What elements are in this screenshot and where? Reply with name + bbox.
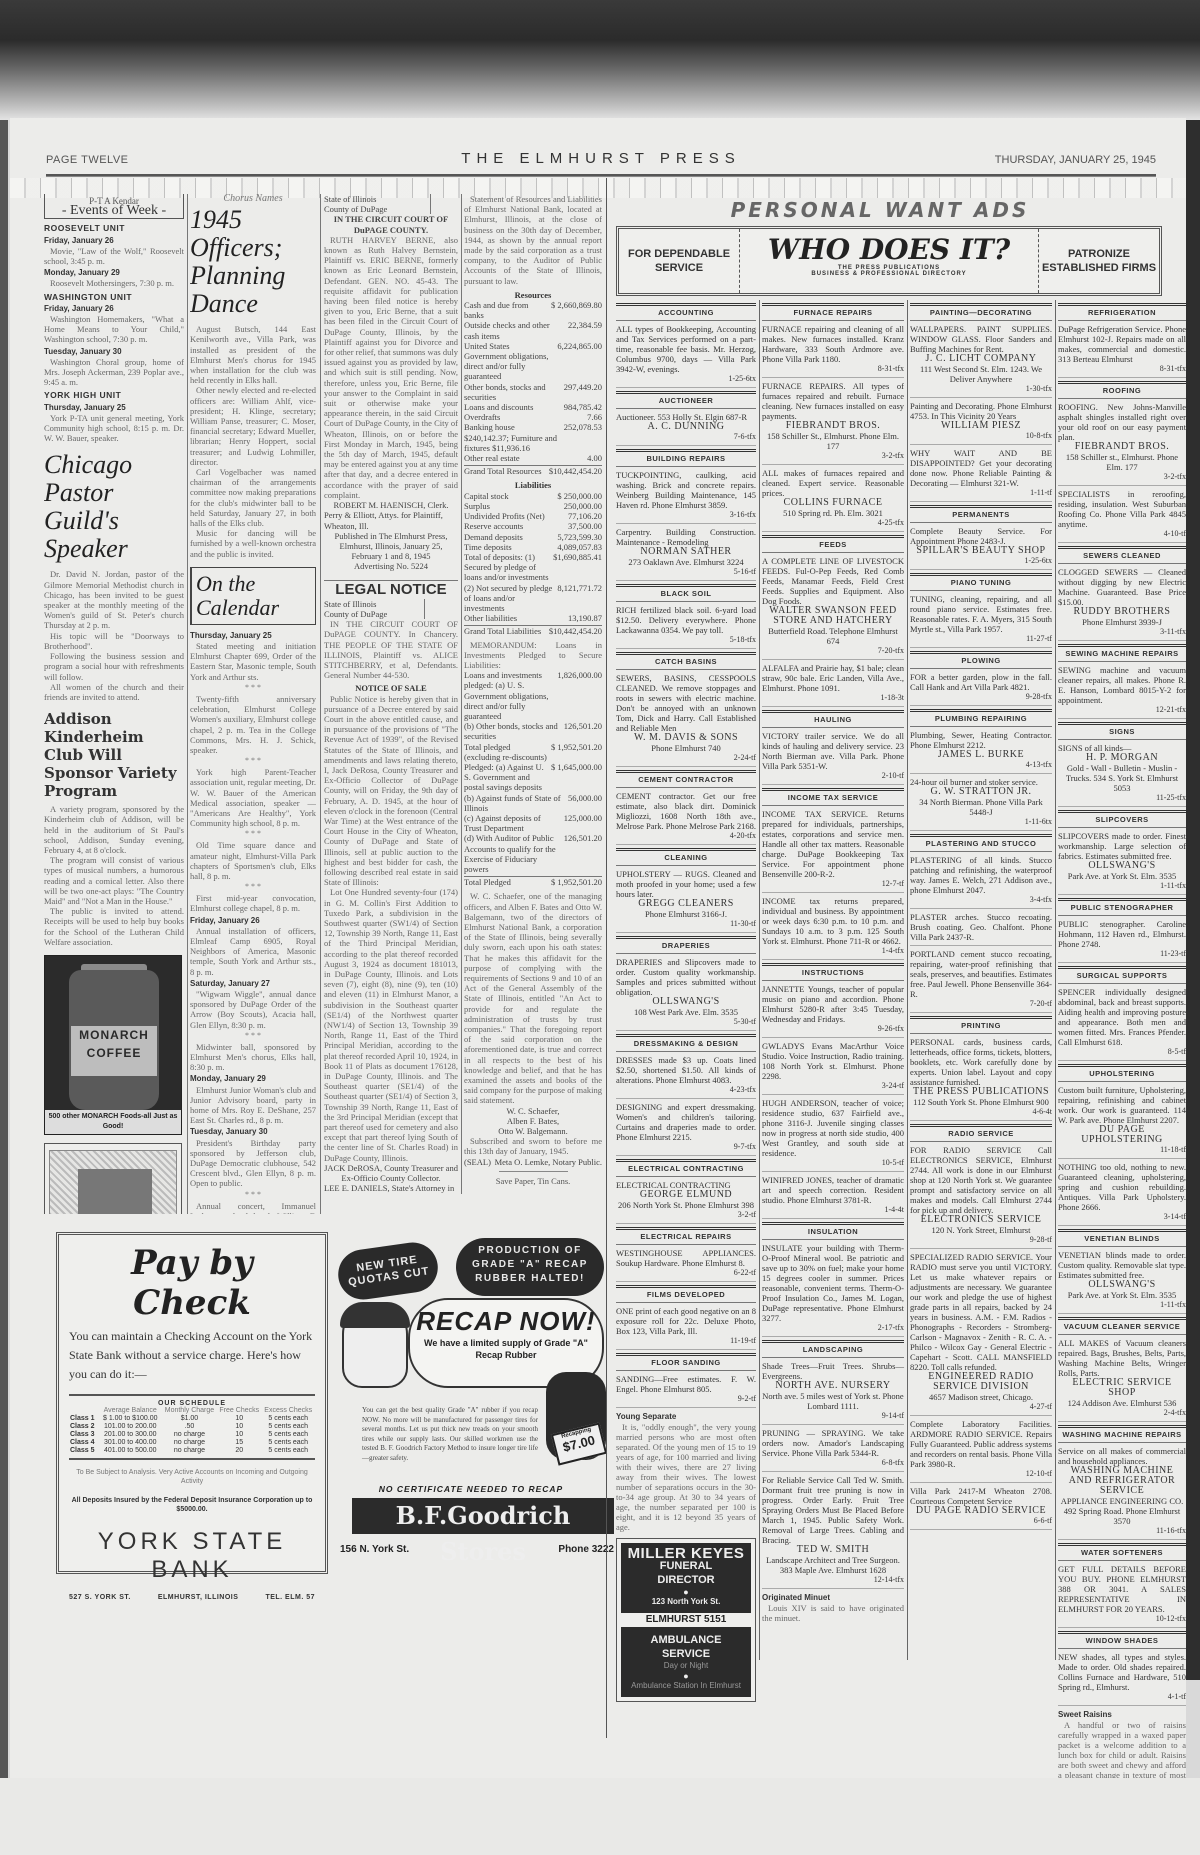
separator-dots: * * *: [190, 757, 316, 765]
calendar-item: Annual installation of officers, Elmleaf…: [190, 926, 316, 977]
column-rule: [759, 300, 760, 1660]
classified-category-header: WASHING MACHINE REPAIRS: [1058, 1425, 1186, 1443]
venue-county: County of DuPage: [324, 204, 430, 214]
classified-ad: FURNACE repairing and cleaning of all ma…: [762, 321, 904, 378]
classified-ad: PUBLIC stenographer. Caroline Hohmann, 1…: [1058, 916, 1186, 963]
ad-run-code: 1-25-6tx: [616, 374, 756, 384]
filler-body: Louis XIV is said to have originated the…: [762, 1603, 904, 1623]
masthead-rule: [46, 174, 1156, 177]
classified-ad: ONE print of each good negative on an 8 …: [616, 1303, 756, 1350]
ledger-value: 250,000.00: [564, 501, 602, 511]
goodrich-store-name: B.F.Goodrich Stores: [352, 1498, 614, 1534]
ad-run-code: 9-14-tf: [762, 1411, 904, 1421]
ad-contact: North ave. 5 miles west of York st. Phon…: [762, 1391, 904, 1411]
ad-text: WALLPAPERS. PAINT SUPPLIES. WINDOW GLASS…: [910, 324, 1052, 354]
ledger-value: $ 1,952,501.20: [551, 742, 602, 762]
classified-ad: SEWING machine and vacuum cleaner repair…: [1058, 662, 1186, 719]
sale-signer: JACK DeROSA, County Treasurer and Ex-Off…: [324, 1163, 458, 1183]
legal-notice-headline: LEGAL NOTICE: [324, 580, 458, 595]
ad-text: NEW shades, all types and styles. Made t…: [1058, 1652, 1186, 1692]
classified-ad: SPECIALIZED RADIO SERVICE. Your RADIO mu…: [910, 1249, 1052, 1416]
patronize-label: PATRONIZE ESTABLISHED FIRMS: [1039, 229, 1159, 293]
robillard-funeral-ad: Robillard Funeral Home OUR name has stoo…: [44, 1143, 182, 1214]
ambulance-label: AMBULANCE: [623, 1633, 749, 1647]
calendar-headline: On the Calendar: [190, 567, 316, 625]
ad-run-code: 9-7-tfx: [616, 1142, 756, 1152]
classified-category-header: PLOWING: [910, 651, 1052, 669]
ledger-total-value: $10,442,454.20: [549, 466, 602, 476]
ledger-label: Other real estate: [464, 453, 583, 463]
ad-run-code: 4-27-tf: [910, 1402, 1052, 1412]
liabilities-title: Liabilities: [464, 480, 602, 490]
calendar-item: First mid-year convocation, Elmhurst col…: [190, 893, 316, 913]
business-name: WASHING MACHINE AND REFRIGERATOR SERVICE: [1058, 1466, 1186, 1496]
paragraph: The public is invited to attend. Receipt…: [44, 906, 184, 947]
ad-text: CEMENT contractor. Get our free estimate…: [616, 791, 756, 831]
miller-address: 123 North York St.: [623, 1597, 749, 1607]
ledger-value: 77,106.20: [568, 511, 602, 521]
ad-text: SPECIALIZED RADIO SERVICE. Your RADIO mu…: [910, 1252, 1052, 1372]
classified-ad: FOR RADIO SERVICE Call ELECTRONICS SERVI…: [910, 1142, 1052, 1249]
ledger-value: 126,501.20: [564, 833, 602, 874]
ad-text: PLASTER arches. Stucco recoating. Brush …: [910, 912, 1052, 942]
ledger-total-label: Grand Total Liabilities: [464, 626, 541, 636]
ledger-value: 13,190.87: [568, 613, 602, 623]
business-name: WALTER SWANSON FEED STORE AND HATCHERY: [762, 606, 904, 626]
ambulance-block: AMBULANCE SERVICE Day or Night ● Ambulan…: [621, 1627, 751, 1697]
ad-contact: 120 N. York Street, Elmhurst: [910, 1225, 1052, 1235]
ad-text: SEWING machine and vacuum cleaner repair…: [1058, 665, 1186, 705]
classified-ad: FOR a better garden, plow in the fall. C…: [910, 669, 1052, 706]
ledger-value: 1,826,000.00: [557, 670, 602, 721]
miller-keyes-ad: MILLER KEYES FUNERAL DIRECTOR ● 123 Nort…: [616, 1538, 756, 1702]
classified-ad: FURNACE REPAIRS. All types of furnaces r…: [762, 378, 904, 465]
york-state-bank-ad: Pay by Check You can maintain a Checking…: [56, 1232, 328, 1574]
ad-run-code: 2-10-tf: [762, 771, 904, 781]
classified-ad: DRAPERIES and Slipcovers made to order. …: [616, 954, 756, 1031]
classified-category-header: INSULATION: [762, 1222, 904, 1240]
ad-run-code: 1-4-tfx: [762, 946, 904, 956]
schedule-header-row: Average BalanceMonthly ChargeFree Checks…: [69, 1407, 315, 1414]
schedule-cell: 101.00 to 200.00: [99, 1422, 162, 1430]
ledger-row: (d) With Auditor of Public Accounts to q…: [464, 833, 602, 874]
ledger-label: Capital stock: [464, 491, 553, 501]
bullet-icon: ●: [623, 1671, 749, 1681]
goodrich-recap-ad: NEW TIRE QUOTAS CUT PRODUCTION OF GRADE …: [328, 1246, 614, 1571]
ad-text: PORTLAND cement stucco recoating, repair…: [910, 949, 1052, 999]
ad-run-code: 5-16-tf: [616, 567, 756, 577]
ad-text: FOR a better garden, plow in the fall. C…: [910, 672, 1052, 692]
ad-run-code: 8-31-tfx: [1058, 364, 1186, 374]
ad-contact: 206 North York St. Phone Elmhurst 398: [616, 1200, 756, 1210]
monarch-product: COFFEE: [71, 1040, 157, 1058]
ad-contact: 124 Addison Ave. Elmhurst 536: [1058, 1398, 1186, 1408]
ledger-total-label: Total Pledged: [464, 877, 511, 887]
classified-column-1: ACCOUNTINGALL types of Bookkeeping, Acco…: [616, 300, 756, 1702]
separator-dots: * * *: [190, 684, 316, 692]
column-rule: [187, 194, 188, 1214]
calendar-list: Thursday, January 25Stated meeting and i…: [190, 631, 316, 1214]
ledger-label: (2) Not secured by pledge of loans and/o…: [464, 583, 553, 614]
ledger-row: Pledged: (a) Against U. S. Government an…: [464, 762, 602, 793]
classified-category-header: FURNACE REPAIRS: [762, 303, 904, 321]
ad-text: INCOME tax returns prepared, individual …: [762, 896, 904, 946]
sworn-statement: Subscribed and sworn to before me this 1…: [464, 1136, 602, 1156]
ad-run-code: 11-19-tf: [616, 1336, 756, 1346]
ad-run-code: 11-30-tf: [616, 919, 756, 929]
ad-run-code: 4-6-4t: [910, 1107, 1052, 1117]
classified-column-3: PAINTING—DECORATINGWALLPAPERS. PAINT SUP…: [910, 300, 1052, 1530]
ledger-label: Cash and due from banks: [464, 300, 547, 320]
ledger-row: Cash and due from banks$ 2,660,869.80: [464, 300, 602, 320]
bank-schedule: OUR SCHEDULE Average BalanceMonthly Char…: [69, 1394, 315, 1460]
schedule-cell: 201.00 to 300.00: [99, 1430, 162, 1438]
classified-category-header: SLIPCOVERS: [1058, 810, 1186, 828]
ledger-value: 22,384.59: [568, 320, 602, 340]
ledger-value: 126,501.20: [564, 721, 602, 741]
schedule-cell: 10: [217, 1414, 261, 1422]
classified-ad: For Reliable Service Call Ted W. Smith. …: [762, 1472, 904, 1589]
monarch-brand: MONARCH: [71, 1026, 157, 1040]
business-name: NORMAN SATHER: [616, 547, 756, 557]
classified-ad: ALL makes of furnaces repaired and clean…: [762, 465, 904, 532]
ledger-value: 4.00: [587, 453, 602, 463]
column-rule: [461, 194, 462, 1194]
ad-text: DESIGNING and expert dressmaking. Women'…: [616, 1102, 756, 1142]
ad-text: DRESSES made $3 up. Coats lined $2.50, s…: [616, 1055, 756, 1085]
ledger-total-label: Grand Total Resources: [464, 466, 542, 476]
classified-category-header: SEWERS CLEANED: [1058, 546, 1186, 564]
scan-dark-border-left: [0, 120, 8, 1780]
ad-text: DRAPERIES and Slipcovers made to order. …: [616, 957, 756, 997]
ad-run-code: 3-14-tf: [1058, 1212, 1186, 1222]
ad-contact: Phone Elmhurst 3166-J.: [616, 909, 756, 919]
business-name: DU PAGE UPHOLSTERING: [1058, 1125, 1186, 1145]
classified-ad: UPHOLSTERY — RUGS. Cleaned and moth proo…: [616, 866, 756, 933]
ledger-label: Other liabilities: [464, 613, 564, 623]
chorus-kicker: Chorus Names: [190, 194, 316, 204]
ad-run-code: 1-30-tfx: [910, 384, 1052, 394]
classified-ad: CEMENT contractor. Get our free estimate…: [616, 788, 756, 845]
ledger-total-row: Grand Total Liabilities$10,442,454.20: [464, 626, 602, 636]
classified-list: REFRIGERATIONDuPage Refrigeration Servic…: [1058, 303, 1186, 1706]
ad-text: ONE print of each good negative on an 8 …: [616, 1306, 756, 1336]
liabilities-list: Capital stock$ 250,000.00Surplus250,000.…: [464, 491, 602, 624]
bank-city: ELMHURST, ILLINOIS: [158, 1594, 239, 1601]
paragraph: Other newly elected and re-elected offic…: [190, 385, 316, 467]
monarch-coffee-ad: MONARCH COFFEE 500 other MONARCH Foods-a…: [44, 955, 182, 1135]
classified-ad: ELECTRICAL CONTRACTINGGEORGE ELMUND206 N…: [616, 1177, 756, 1224]
ad-text: GWLADYS Evans MacArthur Voice Studio. Vo…: [762, 1041, 904, 1081]
ad-run-code: 10-8-tfx: [910, 431, 1052, 441]
ad-run-code: 3-4-tfx: [910, 895, 1052, 905]
ledger-value: 252,078.53: [564, 422, 602, 453]
ledger-row: Banking house $240,142.37; Furniture and…: [464, 422, 602, 453]
classified-category-header: VACUUM CLEANER SERVICE: [1058, 1317, 1186, 1335]
classified-list: PAINTING—DECORATINGWALLPAPERS. PAINT SUP…: [910, 303, 1052, 1530]
ad-text: Service on all makes of commercial and h…: [1058, 1446, 1186, 1466]
divorce-ad-no: Advertising No. 5224: [324, 561, 458, 571]
paragraph: His topic will be "Doorways to Brotherho…: [44, 631, 184, 651]
ad-run-code: 2-4-tfx: [1058, 1408, 1186, 1418]
classified-ad: TUNING, cleaning, repairing, and all rou…: [910, 591, 1052, 648]
business-name: ELECTRONICS SERVICE: [910, 1215, 1052, 1225]
classified-ad: JANNETTE Youngs, teacher of popular musi…: [762, 981, 904, 1038]
ad-text: FURNACE REPAIRS. All types of furnaces r…: [762, 381, 904, 421]
ad-run-code: 2-17-tfx: [762, 1323, 904, 1333]
classified-category-header: PERMANENTS: [910, 505, 1052, 523]
ad-run-code: 3-2-tfx: [762, 451, 904, 461]
ledger-label: (d) With Auditor of Public Accounts to q…: [464, 833, 560, 874]
business-name: JAMES L. BURKE: [910, 750, 1052, 760]
pastor-headline: Chicago Pastor Guild's Speaker: [44, 451, 184, 563]
ad-text: HUGH ANDERSON, teacher of voice; residen…: [762, 1098, 904, 1158]
chorus-headline: 1945 Officers; Planning Dance: [190, 206, 316, 318]
classified-ad: INSULATE your building with Therm-O-Proo…: [762, 1240, 904, 1337]
schedule-column-header: [69, 1407, 99, 1414]
service-label: SERVICE: [623, 1647, 749, 1661]
event-unit-heading: YORK HIGH UNIT: [44, 390, 184, 400]
calendar-date: Monday, January 29: [190, 1074, 316, 1084]
classified-ad: Villa Park 2417-M Wheaton 2708. Courteou…: [910, 1483, 1052, 1530]
bank-ad-headline: Pay by Check: [69, 1243, 315, 1323]
ad-text: FOR RADIO SERVICE Call ELECTRONICS SERVI…: [910, 1145, 1052, 1215]
schedule-body: Class 1$ 1.00 to $100.00$1.00105 cents e…: [69, 1414, 315, 1454]
ad-text: TUCKPOINTING, caulking, acid washing. Br…: [616, 470, 756, 510]
business-name: OLLSWANG'S: [1058, 861, 1186, 871]
event-text: Washington Homemakers, "What a Home Mean…: [44, 314, 184, 345]
classified-category-header: CLEANING: [616, 848, 756, 866]
business-name: WILLIAM PIESZ: [910, 421, 1052, 431]
ledger-value: $1,690,885.41: [553, 552, 602, 583]
analysis-note: To Be Subject to Analysis. Very Active A…: [69, 1468, 315, 1486]
classified-ad: GWLADYS Evans MacArthur Voice Studio. Vo…: [762, 1038, 904, 1095]
memo-title: MEMORANDUM: Loans in Investments Pledged…: [464, 640, 602, 671]
ledger-label: Pledged: (a) Against U. S. Government an…: [464, 762, 547, 793]
schedule-cell: 401.00 to 500.00: [99, 1446, 162, 1454]
resources-list: Cash and due from banks$ 2,660,869.80Out…: [464, 300, 602, 463]
classified-ad: DRESSES made $3 up. Coats lined $2.50, s…: [616, 1052, 756, 1099]
classified-ad: SIGNS of all kinds—H. P. MORGANGold - Wa…: [1058, 740, 1186, 807]
bullet-icon: ●: [623, 1587, 749, 1597]
business-name: H. P. MORGAN: [1058, 753, 1186, 763]
divorce-clerk: ROBERT M. HAENISCH, Clerk.: [324, 500, 458, 510]
ad-text: SANDING—Free estimates. F. W. Engel. Pho…: [616, 1374, 756, 1394]
schedule-cell: .50: [162, 1422, 217, 1430]
monarch-tagline: 500 other MONARCH Foods-all Just as Good…: [45, 1110, 181, 1134]
schedule-row: Class 1$ 1.00 to $100.00$1.00105 cents e…: [69, 1414, 315, 1422]
hours-label: Day or Night: [623, 1661, 749, 1671]
classified-category-header: PLASTERING AND STUCCO: [910, 834, 1052, 852]
ad-contact: 111 West Second St. Elm. 1243. We Delive…: [910, 364, 1052, 384]
classified-column-2: FURNACE REPAIRSFURNACE repairing and cle…: [762, 300, 904, 1623]
business-name: FIEBRANDT BROS.: [762, 421, 904, 431]
ledger-row: Surplus250,000.00: [464, 501, 602, 511]
ad-run-code: 12-10-tf: [910, 1469, 1052, 1479]
ledger-row: (b) Against funds of State of Illinois56…: [464, 793, 602, 813]
bank-ad-intro: You can maintain a Checking Account on t…: [69, 1327, 315, 1384]
ad-contact: Phone Elmhurst 3939-J: [1058, 617, 1186, 627]
classified-ad: PERSONAL cards, business cards, letterhe…: [910, 1034, 1052, 1121]
column-chorus-calendar: Chorus Names 1945 Officers; Planning Dan…: [190, 194, 316, 1214]
ledger-value: 4,089,057.83: [557, 542, 602, 552]
ad-text: SEWERS, BASINS, CESSPOOLS CLEANED. We re…: [616, 673, 756, 733]
ad-run-code: 3-16-tfx: [616, 510, 756, 520]
signer-name: W. C. Schaefer,: [464, 1106, 602, 1116]
ad-text: VICTORY trailer service. We do all kinds…: [762, 731, 904, 771]
ad-text: PLASTERING of all kinds. Stucco patching…: [910, 855, 1052, 895]
ledger-label: Outside checks and other cash items: [464, 320, 564, 340]
ad-contact: 4657 Madison street, Chicago.: [910, 1392, 1052, 1402]
classified-category-header: CATCH BASINS: [616, 652, 756, 670]
ad-run-code: 10-5-tf: [762, 1158, 904, 1168]
ad-text: Shade Trees—Fruit Trees. Shrubs—Evergree…: [762, 1361, 904, 1381]
ledger-label: (b) Other bonds, stocks and securities: [464, 721, 560, 741]
ledger-row: Total of deposits: (1) Secured by pledge…: [464, 552, 602, 583]
ledger-label: Reserve accounts: [464, 521, 564, 531]
schedule-title: OUR SCHEDULE: [69, 1400, 315, 1407]
funeral-home-illustration: [49, 1150, 177, 1214]
ad-text: PUBLIC stenographer. Caroline Hohmann, 1…: [1058, 919, 1186, 949]
ledger-value: 297,449.20: [564, 382, 602, 402]
classified-category-header: PRINTING: [910, 1016, 1052, 1034]
business-name: GREGG CLEANERS: [616, 899, 756, 909]
classified-ad: VENETIAN blinds made to order. Custom qu…: [1058, 1247, 1186, 1314]
issue-date: THURSDAY, JANUARY 25, 1945: [995, 154, 1156, 166]
schedule-cell: 10: [217, 1422, 261, 1430]
ad-run-code: 3-2-tfx: [1058, 472, 1186, 482]
ad-text: TUNING, cleaning, repairing, and all rou…: [910, 594, 1052, 634]
paragraph: August Butsch, 144 East Kenilworth ave.,…: [190, 324, 316, 385]
sale-body: Public Notice is hereby given that in pu…: [324, 694, 458, 888]
business-name: ELECTRIC SERVICE SHOP: [1058, 1378, 1186, 1398]
schedule-cell: 5 cents each: [261, 1438, 315, 1446]
ad-text: Custom built furniture, Upholstering, re…: [1058, 1085, 1186, 1125]
events-box: P-T A Kendar - Events of Week -: [44, 194, 184, 219]
ad-run-code: 11-23-tf: [1058, 949, 1186, 959]
business-name: A. C. DUNNING: [616, 422, 756, 432]
ad-run-code: 8-31-tfx: [762, 364, 904, 374]
classified-category-header: AUCTIONEER: [616, 391, 756, 409]
schedule-table: Average BalanceMonthly ChargeFree Checks…: [69, 1407, 315, 1454]
business-name: RUDDY BROTHERS: [1058, 607, 1186, 617]
ad-text: INSULATE your building with Therm-O-Proo…: [762, 1243, 904, 1323]
filler-headline: Sweet Raisins: [1058, 1710, 1186, 1720]
ledger-row: Other bonds, stocks and securities297,44…: [464, 382, 602, 402]
classified-ad: ALFALFA and Prairie hay, $1 bale; clean …: [762, 660, 904, 707]
ad-run-code: 4-13-tfx: [910, 760, 1052, 770]
calendar-item: Midwinter ball, sponsored by Elmhurst Me…: [190, 1042, 316, 1073]
classified-category-header: REFRIGERATION: [1058, 303, 1186, 321]
paragraph: The program will consist of various type…: [44, 855, 184, 906]
ad-text: Carpentry. Building Construction. Mainte…: [616, 527, 756, 547]
schedule-cell: 301.00 to 400.00: [99, 1438, 162, 1446]
classified-ad: WHY WAIT AND BE DISAPPOINTED? Get your d…: [910, 445, 1052, 502]
sale-attorney: LEE E. DANIELS, State's Attorney in and …: [324, 1183, 458, 1194]
ad-contact: Landscape Architect and Tree Surgeon. 38…: [762, 1555, 904, 1575]
column-legal-notices: State of Illinois County of DuPage IN TH…: [324, 194, 458, 1194]
ad-run-code: 11-25-tfx: [1058, 793, 1186, 803]
ad-text: FURNACE repairing and cleaning of all ma…: [762, 324, 904, 364]
classified-ad: Plumbing, Sewer, Heating Contractor. Pho…: [910, 727, 1052, 774]
paragraph: A variety program, sponsored by the Kind…: [44, 804, 184, 855]
liabilities-total: Grand Total Liabilities$10,442,454.20: [464, 625, 602, 636]
business-name: W. M. DAVIS & SONS: [616, 733, 756, 743]
ad-run-code: 2-24-tf: [616, 753, 756, 763]
column-rule: [320, 194, 321, 1214]
divider: [499, 1171, 568, 1172]
schedule-cell: no charge: [162, 1438, 217, 1446]
ad-contact: 34 North Bierman. Phone Villa Park 5448-…: [910, 797, 1052, 817]
event-unit-heading: ROOSEVELT UNIT: [44, 223, 184, 233]
directory-banner: FOR DEPENDABLE SERVICE WHO DOES IT? THE …: [616, 226, 1162, 296]
ledger-label: Overdrafts: [464, 412, 583, 422]
schedule-column-header: Excess Checks: [261, 1407, 315, 1414]
calendar-item: Annual concert, Immanuel Lutheran school…: [190, 1201, 316, 1214]
ad-run-code: 3-24-tf: [762, 1081, 904, 1091]
classified-ad: Custom built furniture, Upholstering, re…: [1058, 1082, 1186, 1159]
calendar-item: Stated meeting and initiation Elmhurst C…: [190, 641, 316, 682]
ad-contact: 158 Schiller St., Elmhurst. Phone Elm. 1…: [762, 431, 904, 451]
ad-run-code: 1-11-tf: [910, 488, 1052, 498]
schedule-cell: $ 1.00 to $100.00: [99, 1414, 162, 1422]
events-list: ROOSEVELT UNITFriday, January 26Movie, "…: [44, 223, 184, 443]
dependable-service-label: FOR DEPENDABLE SERVICE: [619, 229, 739, 293]
calendar-item: York high Parent-Teacher association uni…: [190, 767, 316, 828]
event-date: Tuesday, January 30: [44, 347, 184, 357]
classified-ad: RICH fertilized black soil. 6-yard load …: [616, 602, 756, 649]
affidavit: W. C. Schaefer, one of the managing offi…: [464, 891, 602, 1105]
ledger-value: $ 250,000.00: [557, 491, 602, 501]
ad-run-code: 1-11-6tx: [910, 817, 1052, 827]
ledger-label: Time deposits: [464, 542, 553, 552]
schedule-cell: 10: [217, 1430, 261, 1438]
schedule-cell: 5 cents each: [261, 1422, 315, 1430]
classified-ad: CLOGGED SEWERS — Cleaned without digging…: [1058, 564, 1186, 641]
bank-statement-intro: Statement of Resources and Liabilities o…: [464, 194, 602, 286]
business-name: DU PAGE RADIO SERVICE: [910, 1506, 1052, 1516]
classified-category-header: LANDSCAPING: [762, 1340, 904, 1358]
calendar-item: Twenty-fifth anniversary celebration, El…: [190, 694, 316, 755]
ad-run-code: 12-7-tf: [762, 879, 904, 889]
notice-of-sale-subhead: NOTICE OF SALE: [324, 683, 458, 693]
fdic-note: All Deposits Insured by the Federal Depo…: [69, 1496, 315, 1514]
goodrich-copy: You can get the best quality Grade "A" r…: [362, 1406, 538, 1463]
ad-run-code: 6-8-tfx: [762, 1458, 904, 1468]
ad-run-code: 11-18-tf: [1058, 1145, 1186, 1155]
calendar-date: Saturday, January 27: [190, 979, 316, 989]
classified-ad: PLASTER arches. Stucco recoating. Brush …: [910, 909, 1052, 946]
calendar-item: President's Birthday party sponsored by …: [190, 1138, 316, 1189]
ledger-row: Capital stock$ 250,000.00: [464, 491, 602, 501]
classified-category-header: DRESSMAKING & DESIGN: [616, 1034, 756, 1052]
classified-ad: INCOME tax returns prepared, individual …: [762, 893, 904, 960]
ad-text: VENETIAN blinds made to order. Custom qu…: [1058, 1250, 1186, 1280]
classified-ad: ALL MAKES of Vacuum cleaners repaired. B…: [1058, 1335, 1186, 1422]
ad-run-code: 9-26-tfx: [762, 1024, 904, 1034]
ad-contact: APPLIANCE ENGINEERING CO. 492 Spring Roa…: [1058, 1496, 1186, 1526]
classified-category-header: INSTRUCTIONS: [762, 963, 904, 981]
event-text: Roosevelt Mothersingers, 7:30 p. m.: [44, 278, 184, 288]
bank-phone: TEL. ELM. 57: [265, 1594, 315, 1601]
ledger-label: United States Government obligations, di…: [464, 341, 553, 382]
ad-text: INCOME TAX SERVICE. Returns prepared for…: [762, 809, 904, 879]
pastor-body: Dr. David N. Jordan, pastor of the Gilmo…: [44, 569, 184, 702]
ad-run-code: 6-22-tf: [616, 1268, 756, 1278]
divorce-body: RUTH HARVEY BERNE, also known as Ruth Ha…: [324, 235, 458, 500]
ad-text: DuPage Refrigeration Service. Phone Elmh…: [1058, 324, 1186, 364]
ad-text: Villa Park 2417-M Wheaton 2708. Courteou…: [910, 1486, 1052, 1506]
